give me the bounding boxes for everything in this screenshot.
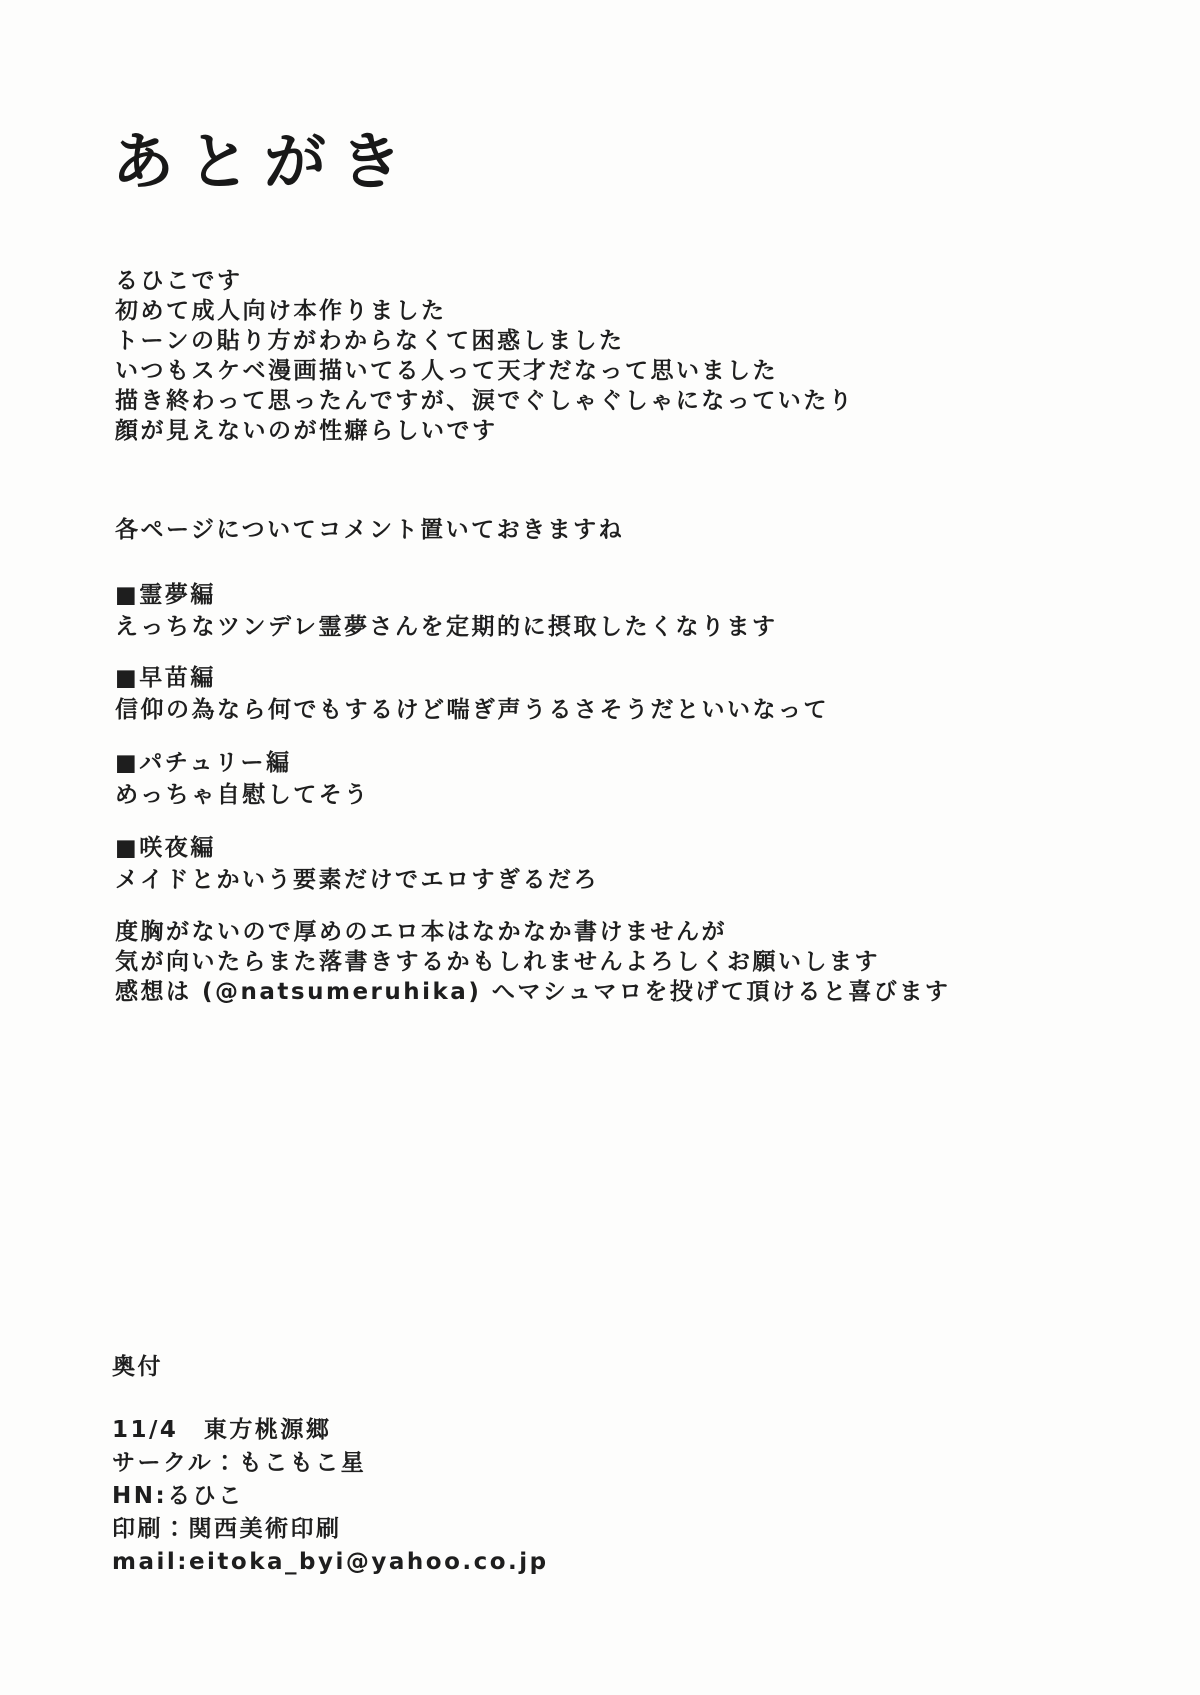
closing-line: 度胸がないので厚めのエロ本はなかなか書けませんが: [115, 917, 950, 947]
closing-line: 感想は (@natsumeruhika) へマシュマロを投げて頂けると喜びます: [115, 977, 950, 1007]
section-comment: メイドとかいう要素だけでエロすぎるだろ: [115, 865, 599, 895]
closing-line: 気が向いたらまた落書きするかもしれませんよろしくお願いします: [115, 947, 950, 977]
intro-line: 初めて成人向け本作りました: [115, 296, 854, 326]
section-patchouli: ■パチュリー編 めっちゃ自慰してそう: [115, 748, 370, 810]
section-comment: 信仰の為なら何でもするけど喘ぎ声うるさそうだといいなって: [115, 695, 829, 725]
colophon-line: HN:るひこ: [112, 1480, 549, 1513]
comment-intro: 各ページについてコメント置いておきますね: [115, 515, 624, 545]
section-heading: ■咲夜編: [115, 833, 599, 863]
section-heading: ■霊夢編: [115, 580, 778, 610]
section-sanae: ■早苗編 信仰の為なら何でもするけど喘ぎ声うるさそうだといいなって: [115, 663, 829, 725]
closing-paragraph: 度胸がないので厚めのエロ本はなかなか書けませんが 気が向いたらまた落書きするかも…: [115, 917, 950, 1007]
colophon-line: サークル：もこもこ星: [112, 1447, 549, 1480]
section-heading: ■早苗編: [115, 663, 829, 693]
intro-line: いつもスケベ漫画描いてる人って天才だなって思いました: [115, 356, 854, 386]
colophon: 11/4 東方桃源郷 サークル：もこもこ星 HN:るひこ 印刷：関西美術印刷 m…: [112, 1414, 549, 1579]
colophon-line: 11/4 東方桃源郷: [112, 1414, 549, 1447]
afterword-page: あとがき るひこです 初めて成人向け本作りました トーンの貼り方がわからなくて困…: [0, 0, 1200, 1695]
colophon-heading: 奥付: [112, 1352, 163, 1382]
colophon-heading-text: 奥付: [112, 1352, 163, 1382]
colophon-line: 印刷：関西美術印刷: [112, 1513, 549, 1546]
page-title: あとがき: [112, 112, 416, 201]
section-sakuya: ■咲夜編 メイドとかいう要素だけでエロすぎるだろ: [115, 833, 599, 895]
comment-intro-line: 各ページについてコメント置いておきますね: [115, 515, 624, 545]
section-heading: ■パチュリー編: [115, 748, 370, 778]
intro-line: るひこです: [115, 266, 854, 296]
intro-line: トーンの貼り方がわからなくて困惑しました: [115, 326, 854, 356]
section-comment: めっちゃ自慰してそう: [115, 780, 370, 810]
intro-line: 描き終わって思ったんですが、涙でぐしゃぐしゃになっていたり: [115, 386, 854, 416]
intro-paragraph: るひこです 初めて成人向け本作りました トーンの貼り方がわからなくて困惑しました…: [115, 266, 854, 446]
intro-line: 顔が見えないのが性癖らしいです: [115, 416, 854, 446]
colophon-line: mail:eitoka_byi@yahoo.co.jp: [112, 1546, 549, 1579]
section-comment: えっちなツンデレ霊夢さんを定期的に摂取したくなります: [115, 612, 778, 642]
section-reimu: ■霊夢編 えっちなツンデレ霊夢さんを定期的に摂取したくなります: [115, 580, 778, 642]
